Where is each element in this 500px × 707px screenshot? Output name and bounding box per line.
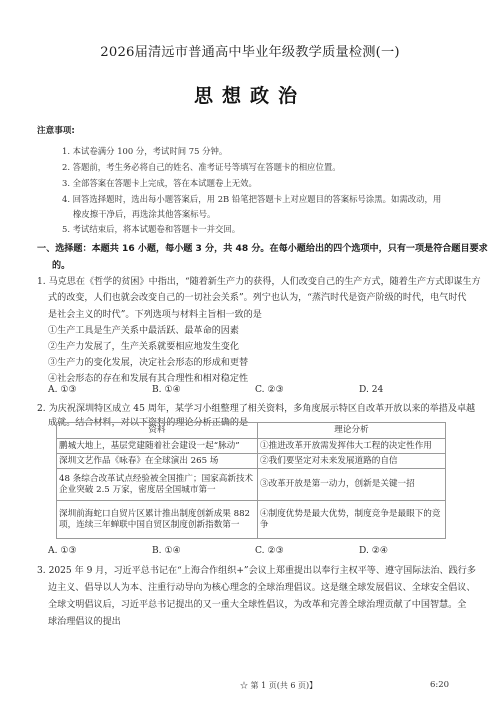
notice-item: 4. 回答选择题时，选出每小题答案后，用 2B 铅笔把答题卡上对应题目的答案标号… [62,193,441,205]
option-d: D. 24 [359,385,383,395]
table-row: 深圳文艺作品《咏春》在全球演出 265 场 ②我们要坚定对未来发展道路的自信 [57,454,446,469]
notice-item: 1. 本试卷满分 100 分，考试时间 75 分钟。 [62,145,227,157]
notice-item: 2. 答题前，考生务必将自己的姓名、准考证号等填写在答题卡的相应位置。 [62,161,341,173]
option-a: A. ①③ [48,385,77,395]
table-cell: 深圳前海蛇口自贸片区累计推出制度创新成果 882 项，连续三年蝉联中国自贸区制度… [57,501,258,539]
table-row: 48 条综合改革试点经验被全国推广；国家高新技术企业突破 2.5 万家，密度居全… [57,469,446,501]
option-b: B. ①④ [152,546,181,556]
notice-heading: 注意事项: [37,124,75,136]
print-time: 6:20 [430,680,449,690]
column-header: 理论分析 [258,423,446,439]
table-cell: ④制度优势是最大优势，制度竞争是最眼下的竞争 [258,501,446,539]
question-text: 式的改变，人们也就会改变自己的一切社会关系”。列宁也认为，“蒸汽时代是资产阶级的… [48,290,467,303]
question-text: 球治理倡议的提出 [48,614,121,627]
section-heading: 一、选择题：本题共 16 小题，每小题 3 分，共 48 分。在每小题给出的四个… [37,241,488,254]
option-d: D. ②④ [359,546,388,556]
statement: ③生产力的变化发展，决定社会形态的形成和更替 [48,355,248,368]
statement: ①生产工具是生产关系中最活跃、最革命的因素 [48,323,239,336]
option-a: A. ①③ [48,546,77,556]
page-number: ☆ 第 1 页(共 6 页)】 [240,680,317,691]
table-cell: ①推进改革开放需发挥伟大工程的决定性作用 [258,439,446,454]
question-text: 1. 马克思在《哲学的贫困》中指出，“随着新生产力的获得，人们改变自己的生产方式… [37,274,481,287]
table-cell: ③改革开放是第一动力，创新是关键一招 [258,469,446,501]
question-text: 2. 为庆祝深圳特区成立 45 周年，某学习小组整理了相关资料，多角度展示特区自… [37,401,475,414]
material-table: 资料 理论分析 鹏城大地上，基层党建随着社会建设一起“脉动” ①推进改革开放需发… [56,422,446,539]
option-b: B. ①④ [152,385,181,395]
notice-item: 5. 考试结束后，将本试题卷和答题卡一并交回。 [62,223,240,235]
notice-item: 3. 全部答案在答题卡上完成，答在本试题卷上无效。 [62,177,257,189]
option-c: C. ②③ [255,546,284,556]
exam-title: 2026届清远市普通高中毕业年级教学质量检测(一) [0,41,500,60]
statement: ②生产力发展了，生产关系就要相应地发生变化 [48,339,239,352]
subject-title: 思想政治 [0,81,500,108]
table-cell: 深圳文艺作品《咏春》在全球演出 265 场 [57,454,258,469]
table-cell: 鹏城大地上，基层党建随着社会建设一起“脉动” [57,439,258,454]
table-header-row: 资料 理论分析 [57,423,446,439]
question-text: 3. 2025 年 9 月，习近平总书记在“上海合作组织+”会议上郑重提出以奉行… [37,563,476,576]
question-text: 是社会主义的时代”。下列选项与材料主旨相一致的是 [48,307,262,320]
option-c: C. ②③ [255,385,284,395]
notice-item-continued: 橡皮擦干净后，再选涂其他答案标号。 [73,208,215,220]
table-cell: 48 条综合改革试点经验被全国推广；国家高新技术企业突破 2.5 万家，密度居全… [57,469,258,501]
table-row: 深圳前海蛇口自贸片区累计推出制度创新成果 882 项，连续三年蝉联中国自贸区制度… [57,501,446,539]
table-row: 鹏城大地上，基层党建随着社会建设一起“脉动” ①推进改革开放需发挥伟大工程的决定… [57,439,446,454]
question-text: 全球文明倡议后，习近平总书记提出的又一重大全球性倡议，为改革和完善全球治理贡献了… [48,597,466,610]
column-header: 资料 [57,423,258,439]
section-heading-cont: 的。 [52,258,70,271]
table-cell: ②我们要坚定对未来发展道路的自信 [258,454,446,469]
statement: ④社会形态的存在和发展有其合理性和相对稳定性 [48,371,248,384]
question-text: 边主义、倡导以人为本、注重行动导向为核心理念的全球治理倡议。这是继全球发展倡议、… [48,580,475,593]
